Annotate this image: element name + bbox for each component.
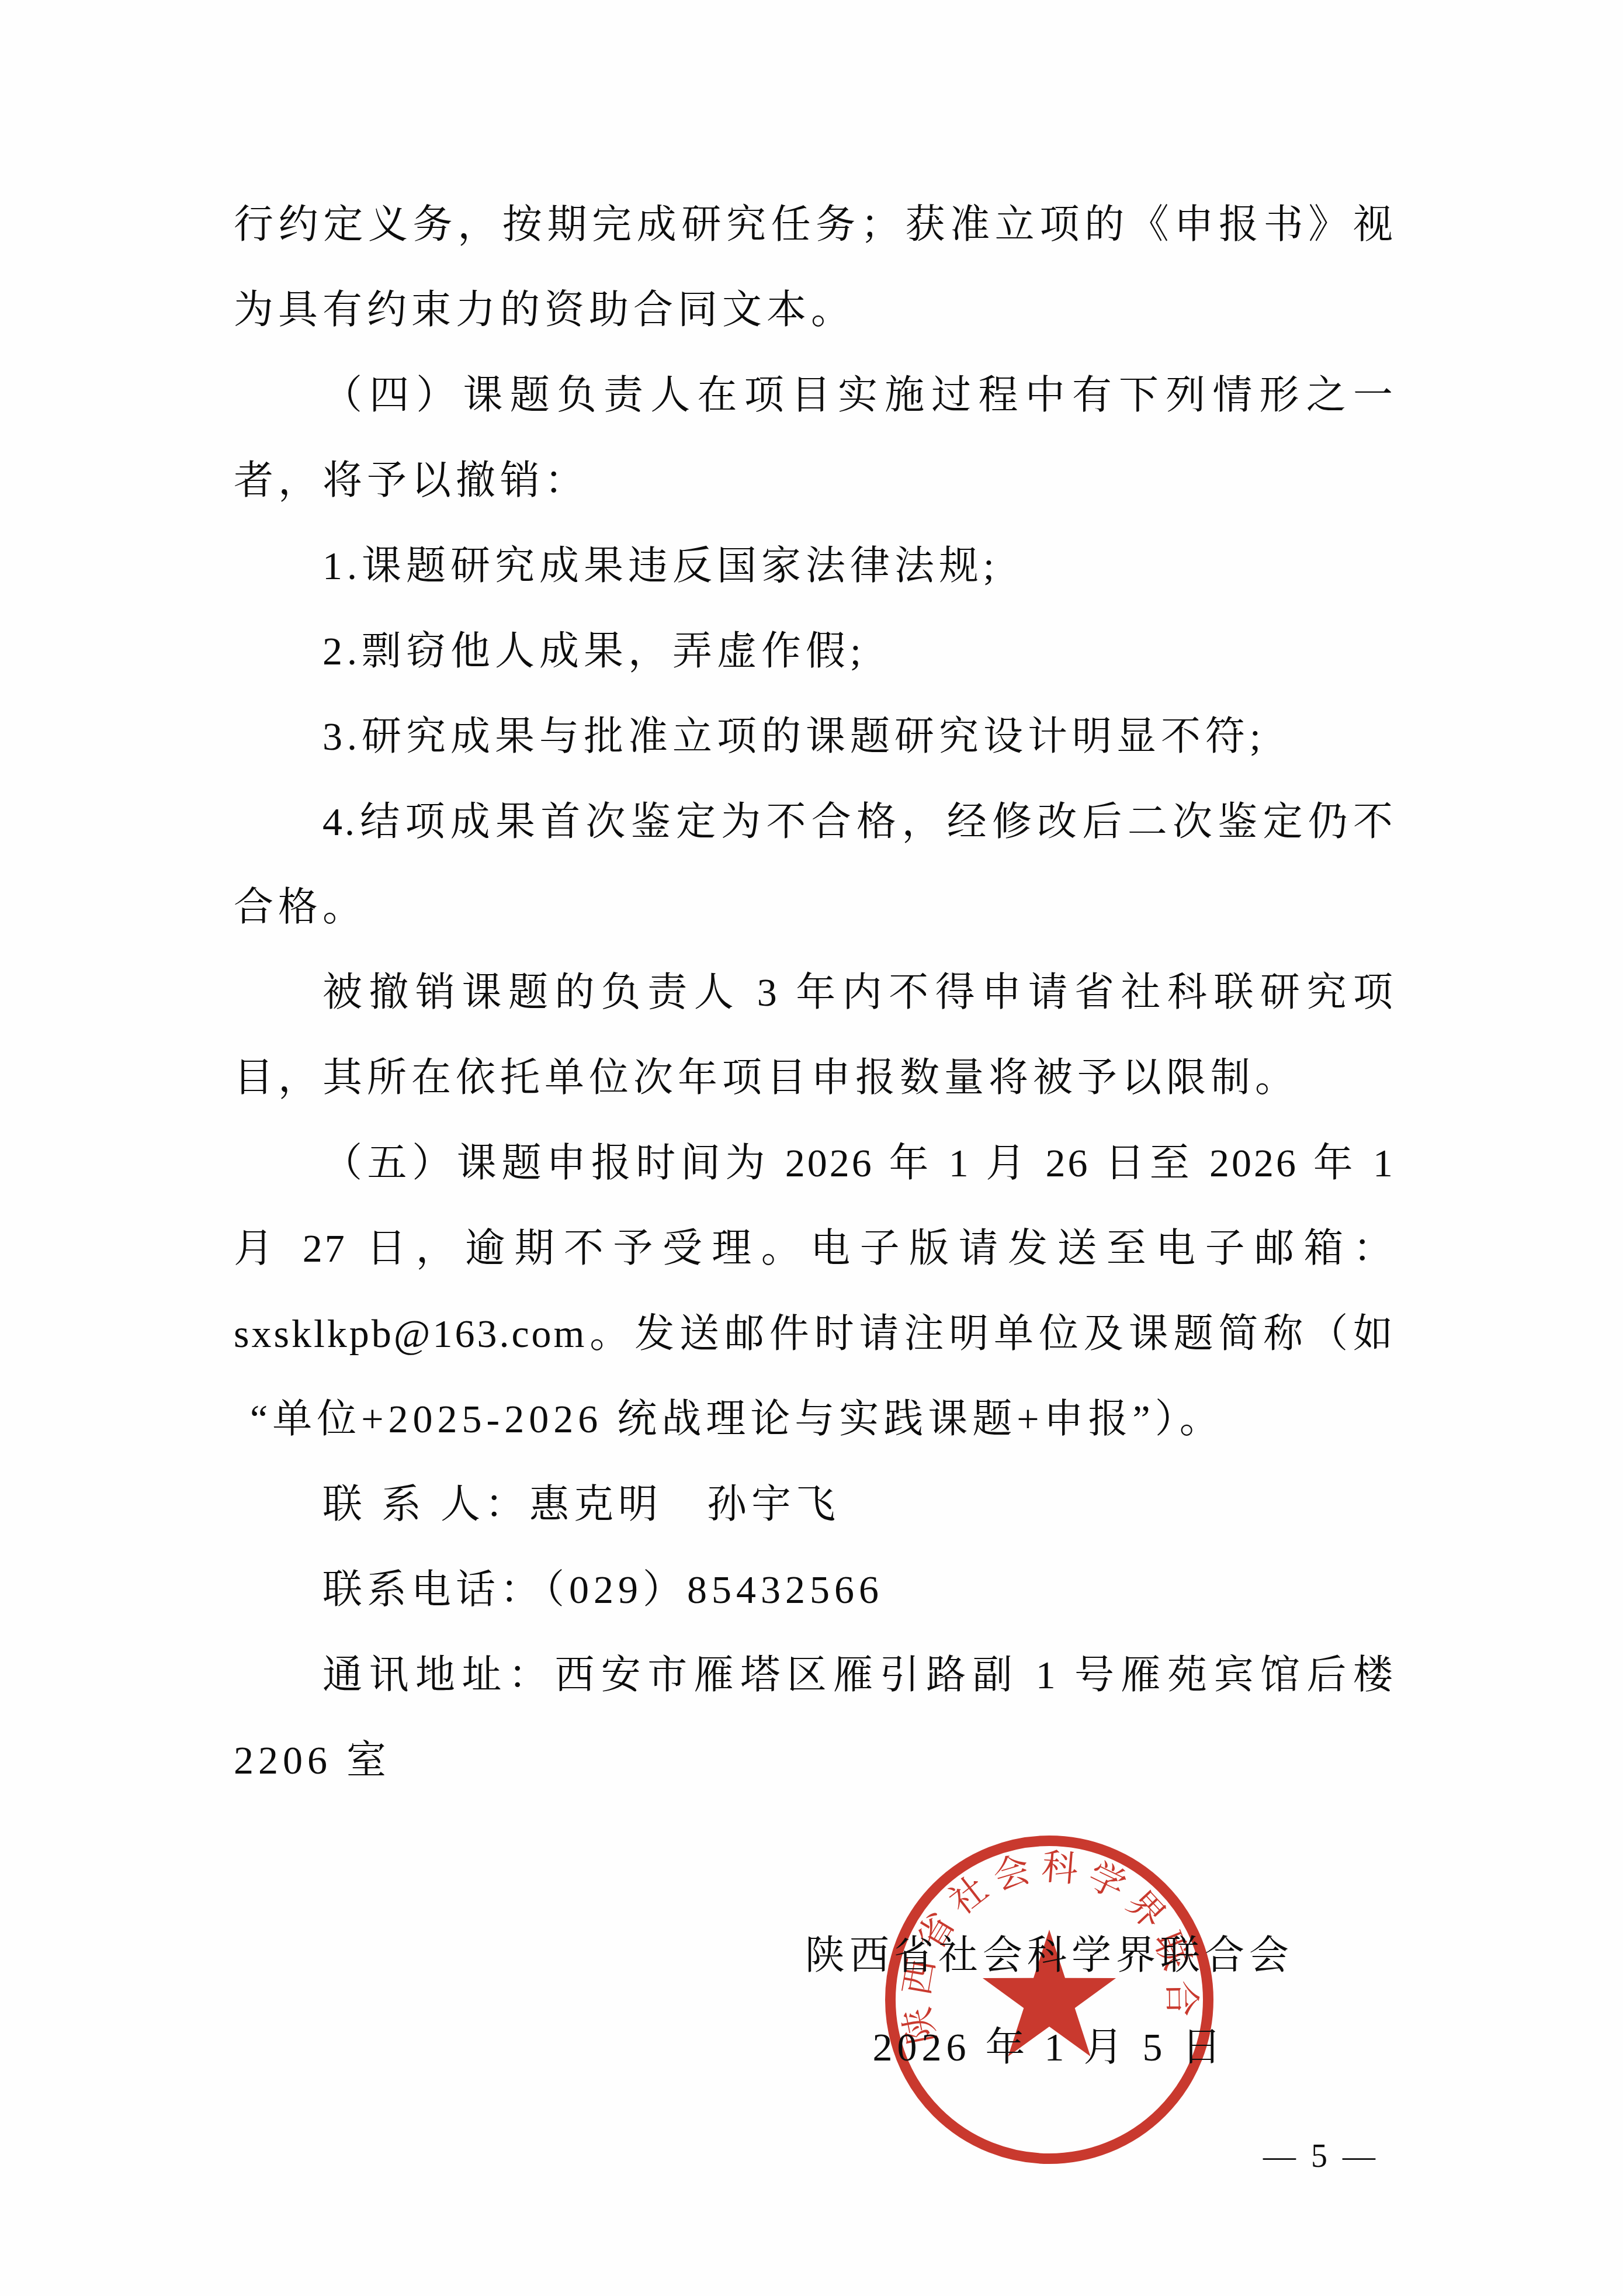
official-seal-stamp: 陕西省社会科学界联合会 — [874, 1824, 1225, 2175]
text-line: sxsklkpb@163.com。发送邮件时请注明单位及课题简称（如 — [234, 1291, 1395, 1376]
text-line: 行约定义务，按期完成研究任务；获准立项的《申报书》视 — [234, 182, 1395, 267]
text-line: （四）课题负责人在项目实施过程中有下列情形之一 — [234, 352, 1395, 438]
text-line: 3.研究成果与批准立项的课题研究设计明显不符; — [234, 694, 1395, 779]
text-line: “单位+2025-2026 统战理论与实践课题+申报”）。 — [234, 1376, 1395, 1462]
text-line: 月 27 日，逾期不予受理。电子版请发送至电子邮箱： — [234, 1206, 1395, 1291]
text-line: 通讯地址：西安市雁塔区雁引路副 1 号雁苑宾馆后楼 — [234, 1632, 1395, 1717]
text-line: 联 系 人：惠克明 孙宇飞 — [234, 1462, 1395, 1547]
text-line: 1.课题研究成果违反国家法律法规; — [234, 523, 1395, 608]
text-line: 2.剽窃他人成果，弄虚作假; — [234, 608, 1395, 694]
text-line: 联系电话：（029）85432566 — [234, 1547, 1395, 1632]
document-body: 行约定义务，按期完成研究任务；获准立项的《申报书》视为具有约束力的资助合同文本。… — [234, 182, 1395, 1803]
text-line: 者，将予以撤销： — [234, 438, 1395, 523]
text-line: （五）课题申报时间为 2026 年 1 月 26 日至 2026 年 1 — [234, 1120, 1395, 1206]
text-line: 4.结项成果首次鉴定为不合格，经修改后二次鉴定仍不 — [234, 779, 1395, 864]
document-page: 行约定义务，按期完成研究任务；获准立项的《申报书》视为具有约束力的资助合同文本。… — [0, 0, 1623, 2296]
text-line: 为具有约束力的资助合同文本。 — [234, 267, 1395, 352]
text-line: 2206 室 — [234, 1717, 1395, 1803]
text-line: 合格。 — [234, 864, 1395, 950]
text-line: 目，其所在依托单位次年项目申报数量将被予以限制。 — [234, 1035, 1395, 1120]
signature-date: 2026 年 1 月 5 日 — [699, 2004, 1400, 2090]
page-number: — 5 — — [1263, 2136, 1379, 2177]
text-line: 被撤销课题的负责人 3 年内不得申请省社科联研究项 — [234, 950, 1395, 1035]
signature-organization: 陕西省社会科学界联合会 — [699, 1913, 1400, 1998]
